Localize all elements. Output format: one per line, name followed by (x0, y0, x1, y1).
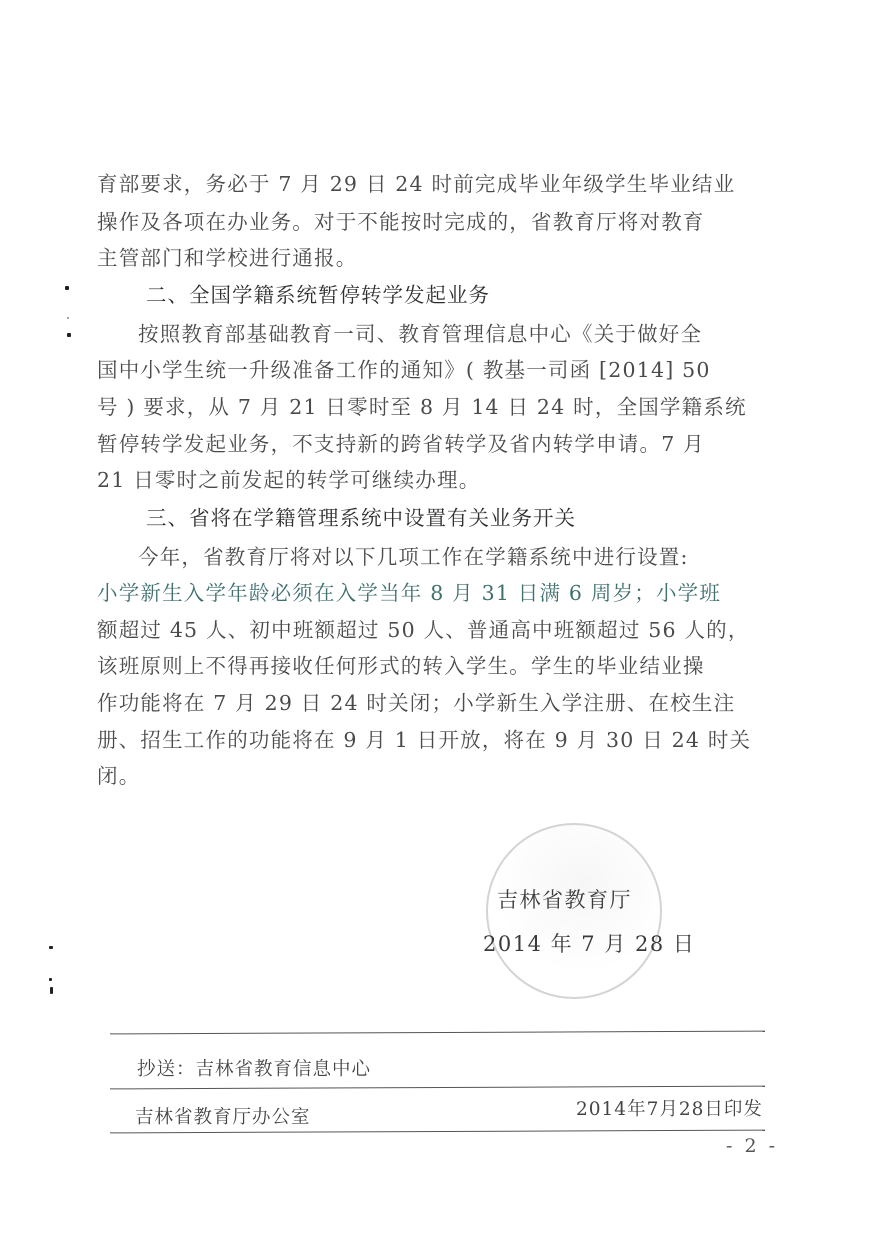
body-text-line: 闭。 (97, 762, 777, 790)
body-text-line: 按照教育部基础教育一司、教育管理信息中心《关于做好全 (138, 320, 778, 348)
body-text-line: 操作及各项在办业务。对于不能按时完成的，省教育厅将对教育 (97, 208, 777, 236)
print-date: 2014年7月28日印发 (576, 1095, 763, 1121)
scan-mark (49, 978, 52, 981)
scan-mark (50, 987, 53, 994)
body-text-line: 21 日零时之前发起的转学可继续办理。 (97, 466, 777, 494)
footer-rule-middle (110, 1086, 765, 1090)
body-text-line: 育部要求，务必于 7 月 29 日 24 时前完成毕业年级学生毕业结业 (97, 170, 777, 198)
footer-rule-bottom (110, 1130, 765, 1134)
page-number: - 2 - (726, 1135, 778, 1157)
body-text-line: 今年，省教育厅将对以下几项工作在学籍系统中进行设置: (138, 543, 778, 571)
scan-mark (65, 286, 69, 290)
body-text-line: 册、招生工作的功能将在 9 月 1 日开放，将在 9 月 30 日 24 时关 (97, 726, 777, 754)
document-page: 育部要求，务必于 7 月 29 日 24 时前完成毕业年级学生毕业结业 操作及各… (0, 0, 884, 1257)
section-heading-2: 二、全国学籍系统暂停转学发起业务 (146, 281, 490, 309)
footer-rule-top (110, 1031, 765, 1035)
scan-mark (49, 946, 53, 949)
body-text-line: 主管部门和学校进行通报。 (97, 244, 777, 272)
body-text-line: 该班原则上不得再接收任何形式的转入学生。学生的毕业结业操 (97, 652, 777, 680)
scan-mark (67, 333, 71, 337)
signature-issuer: 吉林省教育厅 (497, 884, 632, 914)
scan-mark (67, 317, 69, 319)
body-text-line: 小学新生入学年龄必须在入学当年 8 月 31 日满 6 周岁；小学班 (97, 579, 777, 607)
section-heading-3: 三、省将在学籍管理系统中设置有关业务开关 (146, 504, 576, 532)
body-text-line: 额超过 45 人、初中班额超过 50 人、普通高中班额超过 56 人的， (97, 616, 777, 644)
issuing-office: 吉林省教育厅办公室 (135, 1103, 311, 1129)
cc-recipients: 抄送：吉林省教育信息中心 (137, 1055, 371, 1081)
signature-date: 2014 年 7 月 28 日 (483, 928, 695, 958)
body-text-line: 国中小学生统一升级准备工作的通知》( 教基一司函 [2014] 50 (97, 356, 777, 384)
body-text-line: 暂停转学发起业务，不支持新的跨省转学及省内转学申请。7 月 (97, 430, 777, 458)
body-text-line: 号 ) 要求，从 7 月 21 日零时至 8 月 14 日 24 时，全国学籍系… (97, 393, 777, 421)
body-text-line: 作功能将在 7 月 29 日 24 时关闭；小学新生入学注册、在校生注 (97, 689, 777, 717)
